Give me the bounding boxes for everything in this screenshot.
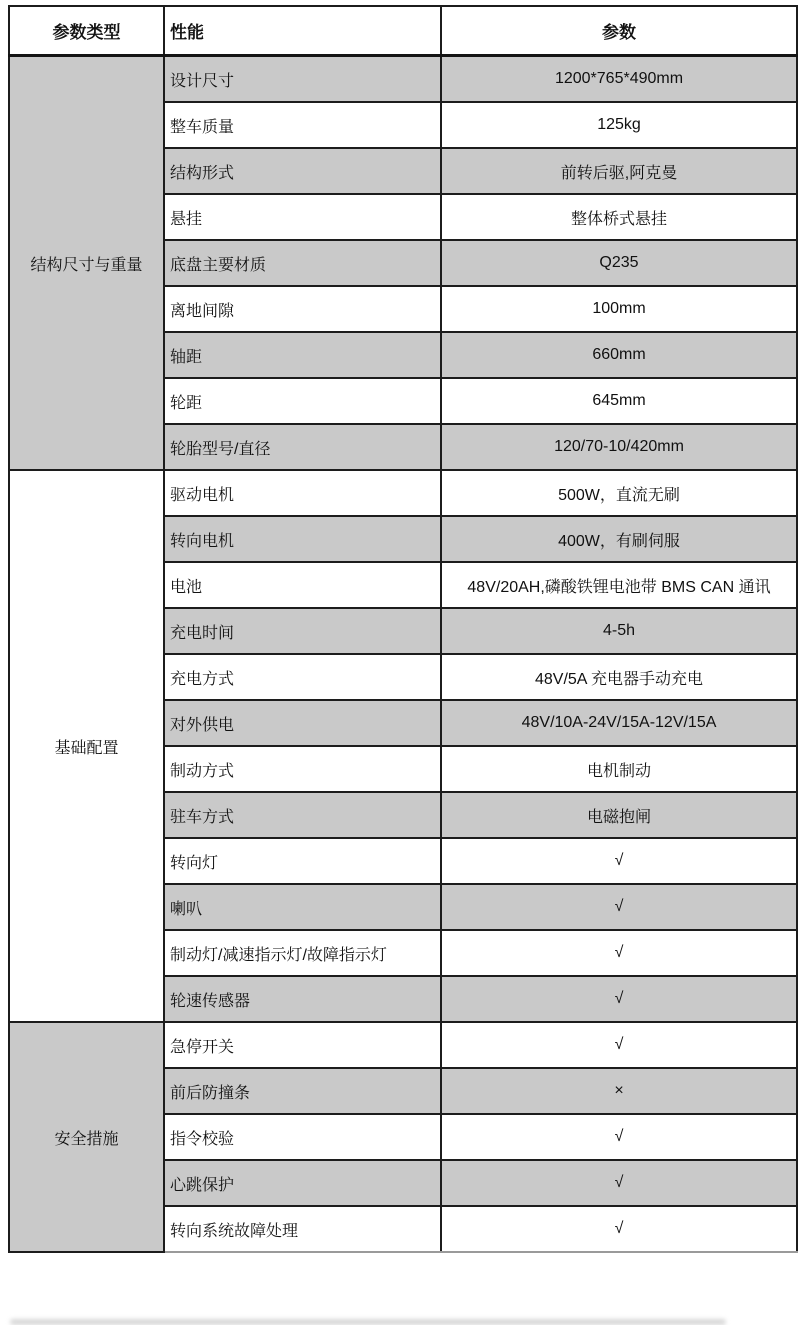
row-label-cell: 转向系统故障处理 xyxy=(164,1206,441,1252)
spec-table-body: 结构尺寸与重量设计尺寸1200*765*490mm整车质量125kg结构形式前转… xyxy=(9,56,797,1253)
row-label-cell: 制动灯/减速指示灯/故障指示灯 xyxy=(164,930,441,976)
header-performance: 性能 xyxy=(164,6,441,56)
category-cell: 结构尺寸与重量 xyxy=(9,56,164,471)
row-value-cell: 645mm xyxy=(441,378,797,424)
row-label-cell: 制动方式 xyxy=(164,746,441,792)
row-value-cell: 125kg xyxy=(441,102,797,148)
row-label-cell: 设计尺寸 xyxy=(164,56,441,103)
row-label-cell: 驱动电机 xyxy=(164,470,441,516)
row-value-cell: × xyxy=(441,1068,797,1114)
table-row: 安全措施急停开关√ xyxy=(9,1022,797,1068)
row-value-cell: 100mm xyxy=(441,286,797,332)
row-value-cell: 48V/20AH,磷酸铁锂电池带 BMS CAN 通讯 xyxy=(441,562,797,608)
row-label-cell: 心跳保护 xyxy=(164,1160,441,1206)
row-label-cell: 转向电机 xyxy=(164,516,441,562)
row-label-cell: 对外供电 xyxy=(164,700,441,746)
row-value-cell: 1200*765*490mm xyxy=(441,56,797,103)
row-value-cell: 4-5h xyxy=(441,608,797,654)
row-value-cell: 电机制动 xyxy=(441,746,797,792)
header-param-value: 参数 xyxy=(441,6,797,56)
row-label-cell: 整车质量 xyxy=(164,102,441,148)
row-value-cell: √ xyxy=(441,976,797,1022)
row-value-cell: 660mm xyxy=(441,332,797,378)
row-value-cell: √ xyxy=(441,838,797,884)
row-value-cell: 电磁抱闸 xyxy=(441,792,797,838)
row-label-cell: 前后防撞条 xyxy=(164,1068,441,1114)
row-label-cell: 喇叭 xyxy=(164,884,441,930)
row-label-cell: 充电时间 xyxy=(164,608,441,654)
row-value-cell: Q235 xyxy=(441,240,797,286)
row-value-cell: √ xyxy=(441,1022,797,1068)
row-value-cell: 48V/10A-24V/15A-12V/15A xyxy=(441,700,797,746)
row-value-cell: √ xyxy=(441,1114,797,1160)
row-label-cell: 驻车方式 xyxy=(164,792,441,838)
row-value-cell: 48V/5A 充电器手动充电 xyxy=(441,654,797,700)
row-label-cell: 急停开关 xyxy=(164,1022,441,1068)
table-row: 结构尺寸与重量设计尺寸1200*765*490mm xyxy=(9,56,797,103)
category-cell: 安全措施 xyxy=(9,1022,164,1252)
spec-table: 参数类型 性能 参数 结构尺寸与重量设计尺寸1200*765*490mm整车质量… xyxy=(8,5,798,1253)
row-value-cell: 120/70-10/420mm xyxy=(441,424,797,470)
row-label-cell: 轮距 xyxy=(164,378,441,424)
row-label-cell: 离地间隙 xyxy=(164,286,441,332)
category-cell: 基础配置 xyxy=(9,470,164,1022)
row-label-cell: 轮速传感器 xyxy=(164,976,441,1022)
header-row: 参数类型 性能 参数 xyxy=(9,6,797,56)
row-label-cell: 指令校验 xyxy=(164,1114,441,1160)
row-value-cell: √ xyxy=(441,884,797,930)
table-row: 基础配置驱动电机500W，直流无刷 xyxy=(9,470,797,516)
row-value-cell: 400W，有刷伺服 xyxy=(441,516,797,562)
row-label-cell: 轮胎型号/直径 xyxy=(164,424,441,470)
row-label-cell: 充电方式 xyxy=(164,654,441,700)
spec-page: 参数类型 性能 参数 结构尺寸与重量设计尺寸1200*765*490mm整车质量… xyxy=(0,5,800,1325)
row-label-cell: 轴距 xyxy=(164,332,441,378)
header-param-type: 参数类型 xyxy=(9,6,164,56)
row-label-cell: 电池 xyxy=(164,562,441,608)
bottom-edge-artifact xyxy=(10,1319,726,1325)
row-label-cell: 悬挂 xyxy=(164,194,441,240)
row-label-cell: 转向灯 xyxy=(164,838,441,884)
row-value-cell: √ xyxy=(441,930,797,976)
row-label-cell: 底盘主要材质 xyxy=(164,240,441,286)
row-value-cell: 整体桥式悬挂 xyxy=(441,194,797,240)
row-value-cell: 前转后驱,阿克曼 xyxy=(441,148,797,194)
row-value-cell: √ xyxy=(441,1160,797,1206)
row-label-cell: 结构形式 xyxy=(164,148,441,194)
row-value-cell: 500W，直流无刷 xyxy=(441,470,797,516)
row-value-cell: √ xyxy=(441,1206,797,1252)
